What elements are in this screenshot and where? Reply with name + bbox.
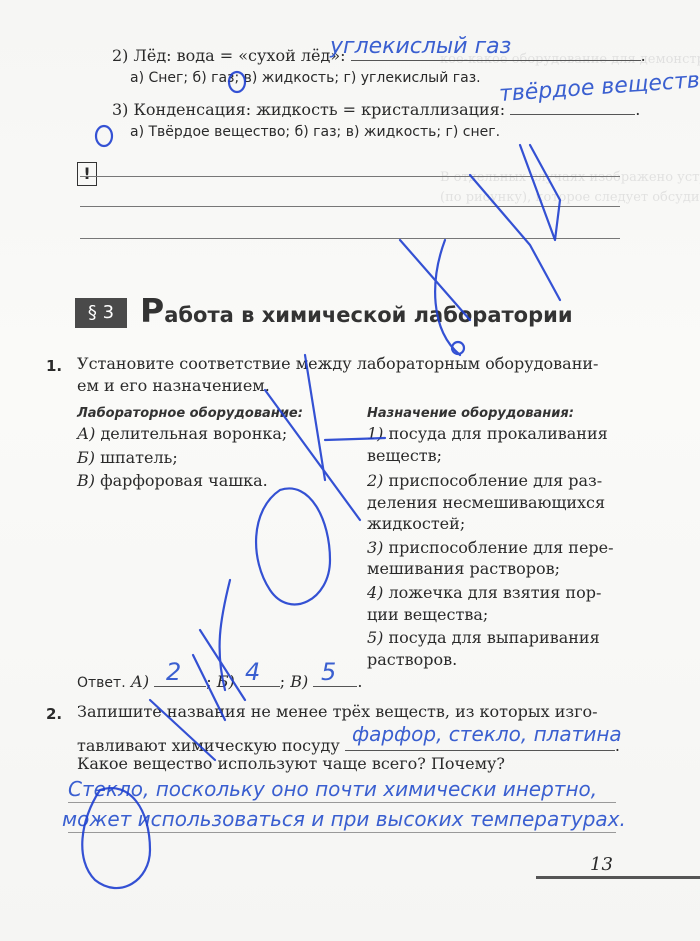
item2-options: а) Снег; б) газ; в) жидкость; г) углекис… [130,68,481,88]
answer-value-a: 2 [166,658,181,686]
bleed-through-text: (по рисунку), которое следует обсудить [440,190,700,205]
equipment-item-b: Б) шпатель; [77,448,178,468]
item3-options: а) Твёрдое вещество; б) газ; в) жидкость… [130,122,500,142]
why-handwritten-line2: может использоваться и при высоких темпе… [62,807,626,831]
answer-label: Ответ. [77,675,126,691]
answer-line-1[interactable] [68,802,616,803]
purpose-line: мешивания растворов; [367,559,560,579]
section-title-initial: Р [140,291,164,330]
item3-prompt: 3) Конденсация: жидкость = кристаллизаци… [112,100,505,119]
section-title-rest: абота в химической лаборатории [164,303,572,327]
answer-value-c: 5 [321,658,336,686]
purpose-line: 3) приспособление для пере- [367,538,614,558]
why-handwritten-line1: Стекло, поскольку оно почти химически ин… [68,777,597,801]
materials-handwritten: фарфор, стекло, платина [352,722,622,746]
answer-value-b: 4 [245,658,260,686]
note-line-3[interactable] [80,238,620,239]
section-title: Работа в химической лаборатории [140,296,573,327]
task1-text-line1: Установите соответствие между лабораторн… [77,354,598,374]
answer-line-2[interactable] [68,832,616,833]
page-number-bar [536,876,700,879]
task1-number: 1. [46,356,62,376]
task1-answer-row: Ответ. А) ; Б) ; В) . [77,670,362,693]
note-line-2[interactable] [80,206,620,207]
note-line-1[interactable] [80,176,620,177]
purpose-line: веществ; [367,446,442,466]
equipment-item-a: А) делительная воронка; [77,424,287,444]
left-column-header: Лабораторное оборудование: [77,404,303,424]
item2-handwritten-answer: углекислый газ [330,34,511,59]
purpose-line: 2) приспособление для раз- [367,471,602,491]
purpose-line: растворов. [367,650,457,670]
equipment-item-c: В) фарфоровая чашка. [77,471,268,491]
right-column-header: Назначение оборудования: [367,404,574,424]
purpose-line: ции вещества; [367,605,488,625]
bleed-through-text: В отдельных случаях изображено устройств… [440,170,700,185]
workbook-page: кое-какое оборудование для демонстрации … [0,0,700,941]
purpose-line: 1) посуда для прокаливания [367,424,608,444]
section-badge: § 3 [75,298,127,328]
purpose-line: деления несмешивающихся [367,493,605,513]
exclamation-icon: ! [77,162,97,186]
purpose-line: 4) ложечка для взятия пор- [367,583,601,603]
task2-text-line3: Какое вещество используют чаще всего? По… [77,754,505,774]
task2-number: 2. [46,704,62,724]
task2-text-line1: Запишите названия не менее трёх веществ,… [77,702,598,722]
purpose-line: 5) посуда для выпаривания [367,628,600,648]
task1-text-line2: ем и его назначением. [77,376,270,396]
item2-prompt: 2) Лёд: вода = «сухой лёд»: [112,46,346,65]
page-number: 13 [590,854,613,875]
purpose-line: жидкостей; [367,514,465,534]
